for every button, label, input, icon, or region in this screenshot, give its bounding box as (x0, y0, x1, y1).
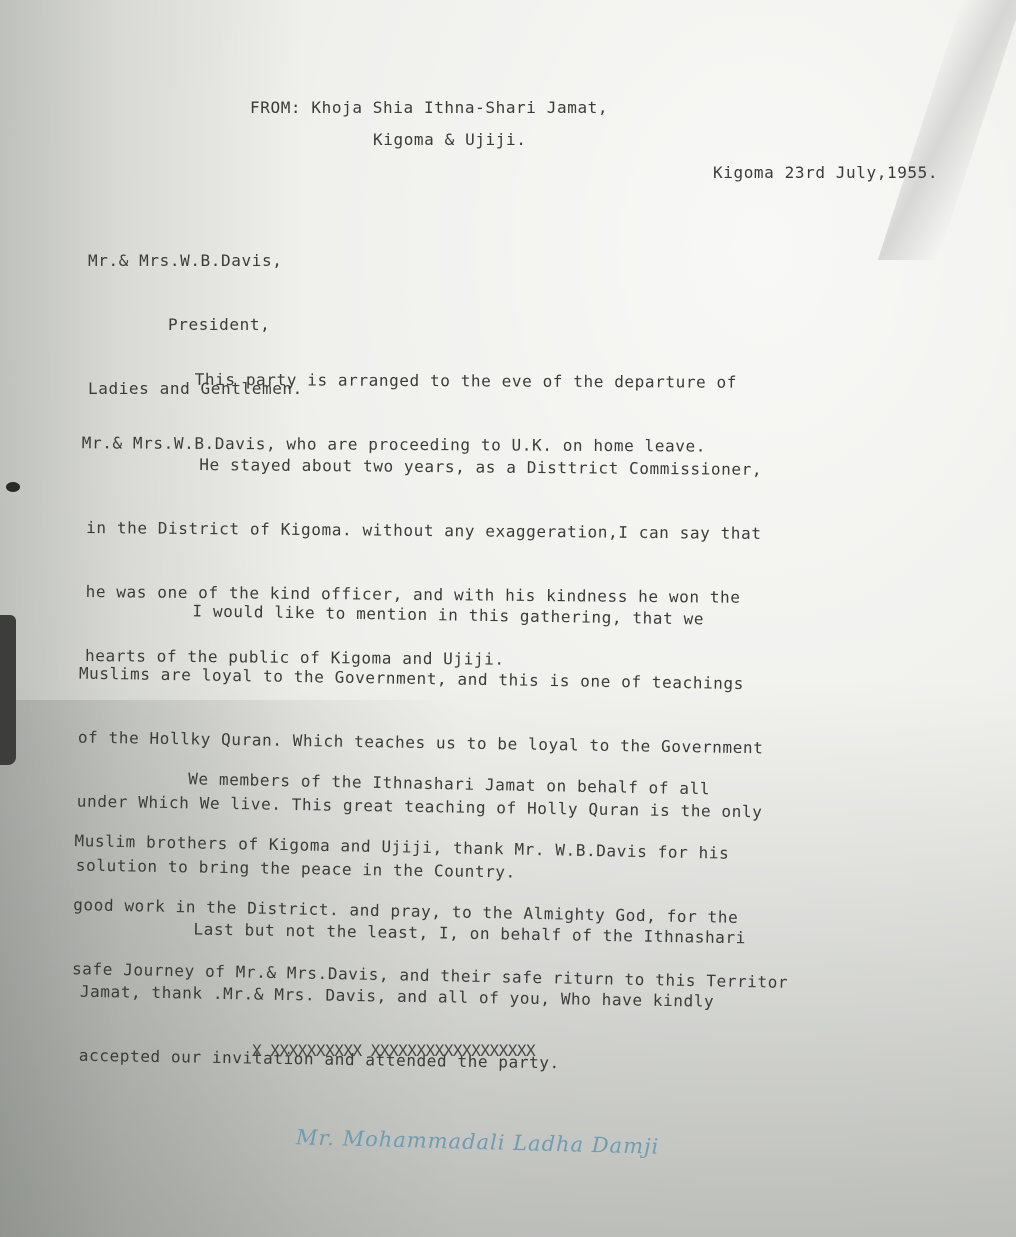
paragraph-line: in the District of Kigoma. without any e… (86, 515, 762, 547)
paragraph-5: Last but not the least, I, on behalf of … (78, 877, 746, 1098)
salutation-addressee: Mr.& Mrs.W.B.Davis, (88, 248, 303, 274)
ink-blot (6, 482, 20, 492)
paragraph-line: I would like to mention in this gatherin… (80, 597, 766, 634)
paragraph-line: He stayed about two years, as a Disttric… (87, 451, 763, 483)
letterhead-from: FROM: Khoja Shia Ithna-Shari Jamat, (250, 98, 608, 117)
paragraph-line: We members of the Ithnashari Jamat on be… (75, 764, 792, 804)
letter-date: Kigoma 23rd July,1955. (713, 163, 938, 182)
paragraph-line: Jamat, thank .Mr.& Mrs. Davis, and all o… (80, 979, 745, 1015)
letterhead-location: Kigoma & Ujiji. (373, 130, 527, 149)
paragraph-line: Muslims are loyal to the Government, and… (79, 661, 765, 698)
paragraph-line: This party is arranged to the eve of the… (82, 366, 737, 395)
paragraph-line: Muslim brothers of Kigoma and Ujiji, tha… (74, 828, 791, 868)
torn-edge (0, 615, 16, 765)
paragraph-line: Last but not the least, I, on behalf of … (81, 915, 746, 951)
struck-out-signature-line: X XXXXXXXXXX XXXXXXXXXXXXXXXXXX (252, 1041, 535, 1060)
